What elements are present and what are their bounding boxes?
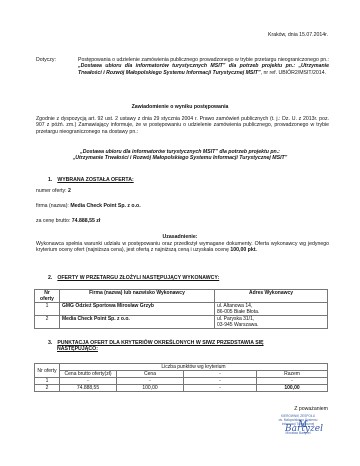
header-dash: - bbox=[184, 371, 257, 378]
table-header-row: Nr oferty Firma (nazwa) lub nazwisko Wyk… bbox=[35, 290, 328, 303]
section-2-number: 2. bbox=[48, 275, 52, 281]
section-1-number: 1. bbox=[48, 177, 52, 183]
header-total: Razem bbox=[257, 371, 328, 378]
cell-gross-price: - bbox=[60, 378, 117, 385]
section-3-label-2: NASTĘPUJĄCO: bbox=[57, 346, 98, 352]
cell-price-score: 100,00 bbox=[117, 385, 184, 392]
header-offer-number: Nr oferty bbox=[35, 364, 60, 378]
cell-total: - bbox=[257, 378, 328, 385]
address-line-2: 86-005 Białe Błota. bbox=[217, 309, 325, 315]
closing-regards: Z poważaniem bbox=[294, 406, 328, 412]
header-company: Firma (nazwa) lub nazwisko Wykonawcy bbox=[60, 290, 215, 303]
cell-offer-number: 1 bbox=[35, 303, 60, 316]
price-line: za cenę brutto: 74.888,55 zł bbox=[36, 218, 100, 224]
section-3-heading: 3.PUNKTACJA OFERT DLA KRYTERIÓW OKREŚLON… bbox=[48, 340, 264, 353]
table-subheader-row: Cena brutto oferty(zł) Cena - Razem bbox=[35, 371, 328, 378]
cell-address: ul. Altanowa 14,86-005 Białe Błota. bbox=[215, 303, 328, 316]
regarding-text-1: Postępowania o udzielenie zamówienia pub… bbox=[78, 57, 329, 63]
section-3-label-1: PUNKTACJA OFERT DLA KRYTERIÓW OKREŚLONYC… bbox=[57, 340, 263, 346]
regarding-text: Postępowania o udzielenie zamówienia pub… bbox=[78, 57, 329, 76]
price-value: 74.888,55 zł bbox=[72, 218, 101, 224]
cell-dash: - bbox=[184, 378, 257, 385]
document-date: Kraków, dnia 15.07.2014r. bbox=[268, 32, 328, 38]
table-row: 1 - - - - bbox=[35, 378, 328, 385]
section-2-heading: 2.OFERTY W PRZETARGU ZŁOŻYLI NASTĘPUJĄCY… bbox=[48, 275, 219, 281]
section-2-label: OFERTY W PRZETARGU ZŁOŻYLI NASTĘPUJĄCY W… bbox=[57, 275, 219, 281]
company-value: Media Check Point Sp. z o.o. bbox=[70, 203, 140, 209]
address-line-2: 03-945 Warszawa. bbox=[217, 322, 325, 328]
justification-score: 100,00 pkt. bbox=[230, 247, 257, 253]
table-header-row: Nr oferty Liczba punktów wg kryterium bbox=[35, 364, 328, 371]
offer-number-label: numer oferty: bbox=[36, 188, 68, 194]
offer-number-value: 2 bbox=[68, 188, 71, 194]
company-label: firma (nazwa): bbox=[36, 203, 70, 209]
price-label: za cenę brutto: bbox=[36, 218, 72, 224]
intro-paragraph: Zgodnie z dyspozycją art. 92 ust. 2 usta… bbox=[36, 116, 329, 135]
project-title: „Dostawa ubioru dla informatorów turysty… bbox=[0, 149, 360, 162]
cell-gross-price: 74.888,55 bbox=[60, 385, 117, 392]
official-stamp: KIEROWNIK ZESPOŁU ds. Małopolskiego Syst… bbox=[268, 415, 328, 447]
justification-text: Wykonawca spełnia warunki udziału w post… bbox=[36, 241, 329, 254]
company-line: firma (nazwa): Media Check Point Sp. z o… bbox=[36, 203, 141, 209]
section-1-heading: 1.WYBRANA ZOSTAŁA OFERTA: bbox=[48, 177, 134, 183]
offer-number-line: numer oferty: 2 bbox=[36, 188, 71, 194]
header-address: Adres Wykonawcy bbox=[215, 290, 328, 303]
header-criteria-group: Liczba punktów wg kryterium bbox=[60, 364, 328, 371]
project-title-line-2: „Utrzymanie Trwałości i Rozwój Małopolsk… bbox=[0, 155, 360, 161]
cell-price-score: - bbox=[117, 378, 184, 385]
cell-offer-number: 2 bbox=[35, 316, 60, 329]
cell-offer-number: 2 bbox=[35, 385, 60, 392]
justification-body: Wykonawca spełnia warunki udziału w post… bbox=[36, 241, 329, 253]
header-price-score: Cena bbox=[117, 371, 184, 378]
section-3-number: 3. bbox=[48, 340, 52, 346]
table-row: 2 Media Check Point Sp. z o.o. ul. Parys… bbox=[35, 316, 328, 329]
cell-offer-number: 1 bbox=[35, 378, 60, 385]
table-row: 2 74.888,55 100,00 - 100,00 bbox=[35, 385, 328, 392]
scoring-table: Nr oferty Liczba punktów wg kryterium Ce… bbox=[34, 363, 328, 392]
header-offer-number: Nr oferty bbox=[35, 290, 60, 303]
cell-company: Media Check Point Sp. z o.o. bbox=[60, 316, 215, 329]
cell-dash: - bbox=[184, 385, 257, 392]
bidders-table: Nr oferty Firma (nazwa) lub nazwisko Wyk… bbox=[34, 289, 328, 329]
justification-title: Uzasadnienie: bbox=[0, 234, 360, 240]
cell-total: 100,00 bbox=[257, 385, 328, 392]
regarding-label: Dotyczy: bbox=[36, 57, 56, 63]
table-row: 1 GMG Odzież Sportowa Mirosław Grzyb ul.… bbox=[35, 303, 328, 316]
cell-company: GMG Odzież Sportowa Mirosław Grzyb bbox=[60, 303, 215, 316]
page-title: Zawiadomienie o wyniku postępowania bbox=[0, 104, 360, 110]
header-gross-price: Cena brutto oferty(zł) bbox=[60, 371, 117, 378]
cell-address: ul. Paryska 31/1,03-945 Warszawa. bbox=[215, 316, 328, 329]
section-1-label: WYBRANA ZOSTAŁA OFERTA: bbox=[57, 177, 133, 183]
regarding-text-2: , nr ref. UBIÓR2/MSIT/2014. bbox=[261, 70, 326, 76]
handwritten-signature: M. Bartyzel bbox=[280, 424, 328, 432]
